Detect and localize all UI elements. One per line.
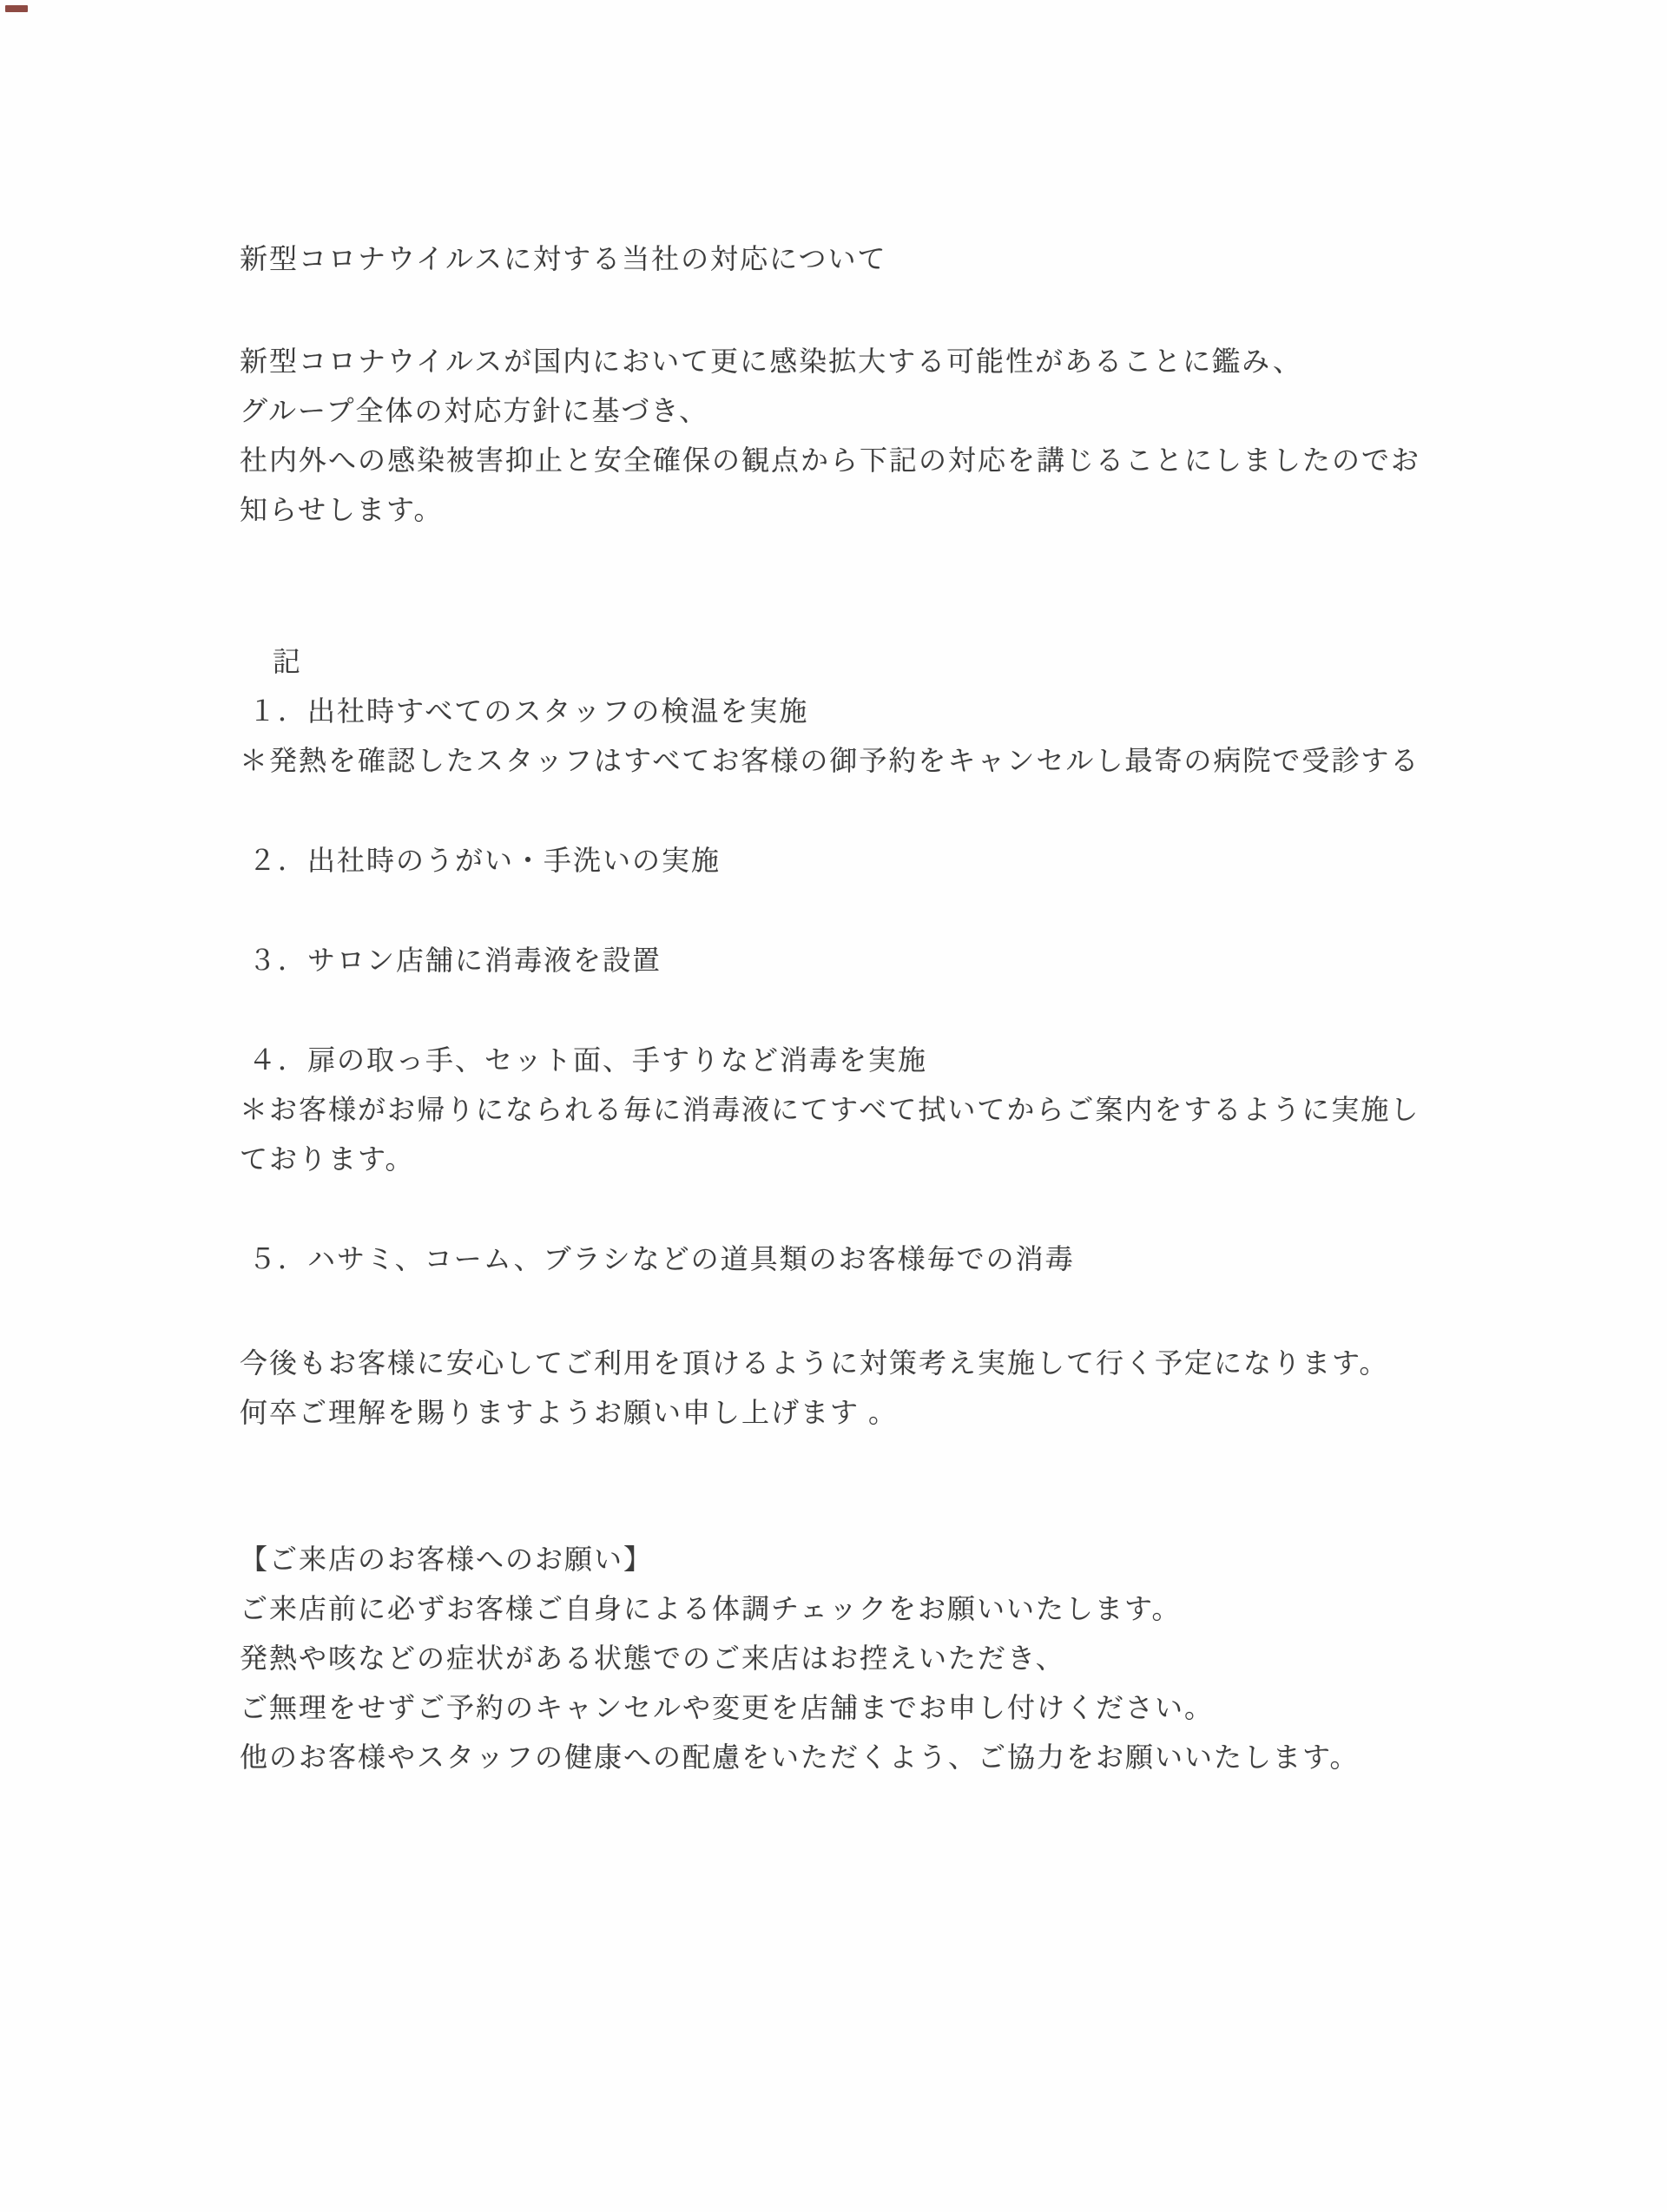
customer-request-line: ご来店前に必ずお客様ご自身による体調チェックをお願いいたします。 (240, 1584, 1473, 1634)
measure-item-1-note: ＊発熱を確認したスタッフはすべてお客様の御予約をキャンセルし最寄の病院で受診する (240, 736, 1473, 786)
intro-paragraph: 新型コロナウイルスが国内において更に感染拡大する可能性があることに鑑み、 グルー… (240, 337, 1473, 535)
measure-item-5: ５．ハサミ、コーム、ブラシなどの道具類のお客様毎での消毒 (240, 1234, 1473, 1284)
measure-item-4: ４．扉の取っ手、セット面、手すりなど消毒を実施 (240, 1036, 1473, 1085)
record-label: 記 (240, 637, 1473, 687)
measure-item-2: ２．出社時のうがい・手洗いの実施 (240, 836, 1473, 885)
scan-artifact (5, 5, 28, 12)
customer-request-line: 他のお客様やスタッフの健康への配慮をいただくよう、ご協力をお願いいたします。 (240, 1733, 1473, 1782)
closing-line: 何卒ご理解を賜りますようお願い申し上げます 。 (240, 1388, 1473, 1438)
measure-item-1: １．出社時すべてのスタッフの検温を実施 (240, 687, 1473, 736)
intro-line: 知らせします。 (240, 485, 1473, 535)
intro-line: 社内外への感染被害抑止と安全確保の観点から下記の対応を講じることにしましたのでお (240, 436, 1473, 485)
measure-item-4-note: ＊お客様がお帰りになられる毎に消毒液にてすべて拭いてからご案内をするように実施し (240, 1085, 1473, 1135)
customer-request-section: 【ご来店のお客様へのお願い】 ご来店前に必ずお客様ご自身による体調チェックをお願… (240, 1535, 1473, 1782)
measure-item-3: ３．サロン店舗に消毒液を設置 (240, 936, 1473, 985)
closing-line: 今後もお客様に安心してご利用を頂けるように対策考え実施して行く予定になります。 (240, 1339, 1473, 1388)
measure-list: １．出社時すべてのスタッフの検温を実施 ＊発熱を確認したスタッフはすべてお客様の… (240, 687, 1473, 1284)
measure-item-4-note-continued: ております。 (240, 1135, 1473, 1184)
document-page: 新型コロナウイルスに対する当社の対応について 新型コロナウイルスが国内において更… (0, 0, 1667, 2212)
customer-request-line: ご無理をせずご予約のキャンセルや変更を店舗までお申し付けください。 (240, 1683, 1473, 1733)
document-title: 新型コロナウイルスに対する当社の対応について (240, 234, 1473, 284)
customer-request-heading: 【ご来店のお客様へのお願い】 (240, 1535, 1473, 1584)
customer-request-line: 発熱や咳などの症状がある状態でのご来店はお控えいただき、 (240, 1634, 1473, 1683)
intro-line: グループ全体の対応方針に基づき、 (240, 386, 1473, 436)
intro-line: 新型コロナウイルスが国内において更に感染拡大する可能性があることに鑑み、 (240, 337, 1473, 386)
closing-paragraph: 今後もお客様に安心してご利用を頂けるように対策考え実施して行く予定になります。 … (240, 1339, 1473, 1438)
notice-document: 新型コロナウイルスに対する当社の対応について 新型コロナウイルスが国内において更… (240, 0, 1473, 1782)
